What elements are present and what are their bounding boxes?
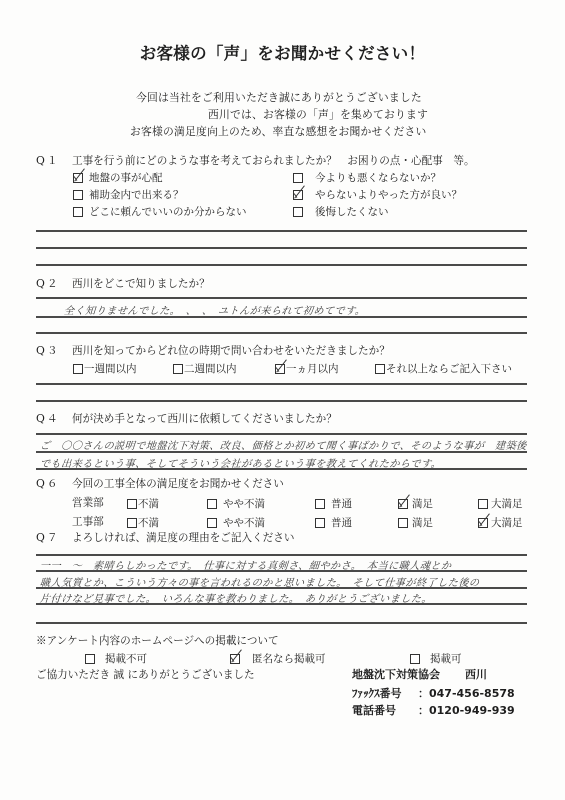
q6-sales-satisfied[interactable]: 満足 xyxy=(398,496,433,511)
contact-name: 西川 xyxy=(465,666,487,682)
q6-sales-dissatisfied[interactable]: 不満 xyxy=(127,496,159,511)
q3-option-one-month[interactable]: 一ヵ月以内 xyxy=(275,361,339,376)
answer-line xyxy=(36,603,527,605)
option-label: やらないよりやった方が良い？ xyxy=(315,187,462,202)
answer-line xyxy=(36,554,527,556)
q6-construction-neutral[interactable]: 普通 xyxy=(315,515,352,530)
q6-row-construction-dept: 工事部 xyxy=(72,514,104,529)
page-title: お客様の「声」をお聞かせください！ xyxy=(0,40,565,64)
checkbox[interactable] xyxy=(398,518,408,528)
checkbox[interactable] xyxy=(293,173,303,183)
fax-number: ：047-456-8578 xyxy=(418,685,515,701)
option-label: 大満足 xyxy=(491,515,523,530)
q1-option-subsidy[interactable]: 補助金内で出来る？ xyxy=(73,187,184,202)
answer-line xyxy=(36,622,527,624)
q3-label: Q３ xyxy=(36,343,60,358)
q1-option-better-to-do[interactable]: やらないよりやった方が良い？ xyxy=(293,187,462,202)
q6-construction-dissatisfied[interactable]: 不満 xyxy=(127,515,159,530)
publication-option-anonymous[interactable]: 匿名なら掲載可 xyxy=(230,651,326,666)
answer-line xyxy=(36,587,527,589)
q3-option-one-week[interactable]: 一週間以内 xyxy=(73,361,137,376)
option-label: 匿名なら掲載可 xyxy=(252,651,326,666)
option-label: 不満 xyxy=(138,496,159,511)
q6-construction-somewhat-dissatisfied[interactable]: やや不満 xyxy=(207,515,265,530)
option-label: やや不満 xyxy=(223,515,265,530)
q7-question: よろしければ、満足度の理由をご記入ください xyxy=(72,530,294,545)
tel-number: ：0120-949-939 xyxy=(418,702,515,718)
option-label: 二週間以内 xyxy=(184,361,237,376)
q4-handwritten-answer-line-1[interactable]: ご 〇〇さんの説明で地盤沈下対策、改良、価格とか初めて聞く事ばかりで、そのような… xyxy=(39,437,527,452)
intro-line-3: お客様の満足度向上のため、率直な感想をお聞かせください xyxy=(130,124,426,139)
checkbox[interactable] xyxy=(315,518,325,528)
q4-label: Q４ xyxy=(36,411,60,426)
answer-line xyxy=(36,247,527,249)
q6-row-sales-dept: 営業部 xyxy=(72,495,104,510)
q1-question: 工事を行う前にどのような事を考えておられましたか？ お困りの点・心配事 等。 xyxy=(72,153,475,168)
q4-question: 何が決め手となって西川に依頼してくださいましたか？ xyxy=(72,411,337,426)
option-label: 今よりも悪くならないか？ xyxy=(315,170,441,185)
checkbox[interactable] xyxy=(73,190,83,200)
q1-option-no-regret[interactable]: 後悔したくない xyxy=(293,204,389,219)
q1-label: Q１ xyxy=(36,153,60,168)
answer-line xyxy=(36,400,527,402)
q1-option-ground-worry[interactable]: 地盤の事が心配 xyxy=(73,170,163,185)
company-name: 地盤沈下対策協会 xyxy=(352,666,440,682)
answer-line xyxy=(36,383,527,385)
checkbox[interactable] xyxy=(85,654,95,664)
answer-line xyxy=(36,297,527,299)
checkbox[interactable] xyxy=(375,364,385,374)
option-label: それ以上ならご記入下さい xyxy=(386,361,512,376)
checkbox[interactable] xyxy=(73,207,83,217)
checkbox[interactable] xyxy=(275,364,285,374)
checkbox[interactable] xyxy=(410,654,420,664)
checkbox[interactable] xyxy=(127,518,137,528)
checkbox[interactable] xyxy=(207,499,217,509)
option-label: 後悔したくない xyxy=(315,204,389,219)
option-label: 普通 xyxy=(331,496,352,511)
answer-line xyxy=(36,570,527,572)
checkbox[interactable] xyxy=(173,364,183,374)
checkbox[interactable] xyxy=(293,207,303,217)
checkbox[interactable] xyxy=(478,518,488,528)
tel-label: 電話番号 xyxy=(352,702,396,718)
checkbox[interactable] xyxy=(73,173,83,183)
checkbox[interactable] xyxy=(230,654,240,664)
option-label: 満足 xyxy=(412,496,433,511)
q3-question: 西川を知ってからどれ位の時期で問い合わせをいただきましたか？ xyxy=(72,343,390,358)
q6-construction-very-satisfied[interactable]: 大満足 xyxy=(478,515,523,530)
answer-line xyxy=(36,468,527,470)
answer-line xyxy=(36,230,527,232)
q1-option-who-to-ask[interactable]: どこに頼んでいいのか分からない xyxy=(73,204,247,219)
thanks-message: ご協力いただき 誠 にありがとうございました xyxy=(36,667,255,682)
option-label: 一ヵ月以内 xyxy=(286,361,339,376)
q2-question: 西川をどこで知りましたか？ xyxy=(72,276,210,291)
publication-notice: ※アンケート内容のホームページへの掲載について xyxy=(36,633,279,648)
option-label: やや不満 xyxy=(223,496,265,511)
q6-label: Q６ xyxy=(36,476,60,491)
q6-sales-very-satisfied[interactable]: 大満足 xyxy=(478,496,523,511)
answer-line xyxy=(36,264,527,266)
option-label: 補助金内で出来る？ xyxy=(89,187,184,202)
q6-question: 今回の工事全体の満足度をお聞かせください xyxy=(72,476,284,491)
option-label: 掲載可 xyxy=(430,651,462,666)
answer-line xyxy=(36,451,527,453)
q3-option-longer[interactable]: それ以上ならご記入下さい xyxy=(375,361,512,376)
option-label: 大満足 xyxy=(491,496,523,511)
checkbox[interactable] xyxy=(73,364,83,374)
option-label: 一週間以内 xyxy=(84,361,137,376)
q3-option-two-weeks[interactable]: 二週間以内 xyxy=(173,361,237,376)
option-label: 普通 xyxy=(331,515,352,530)
checkbox[interactable] xyxy=(478,499,488,509)
q2-handwritten-answer[interactable]: 全く知りませんでした。 、 、 ユトんが来られて初めてです。 xyxy=(63,302,366,317)
q7-label: Q７ xyxy=(36,530,60,545)
intro-line-2: 西川では、お客様の「声」を集めております xyxy=(208,107,428,122)
answer-line xyxy=(36,332,527,334)
q6-sales-neutral[interactable]: 普通 xyxy=(315,496,352,511)
option-label: 掲載不可 xyxy=(105,651,147,666)
checkbox[interactable] xyxy=(207,518,217,528)
answer-line xyxy=(36,433,527,435)
option-label: どこに頼んでいいのか分からない xyxy=(89,204,247,219)
q2-label: Q２ xyxy=(36,276,60,291)
checkbox[interactable] xyxy=(315,499,325,509)
fax-label: ﾌｧｯｸｽ番号 xyxy=(352,685,402,701)
intro-line-1: 今回は当社をご利用いただき誠にありがとうございました xyxy=(136,90,422,105)
checkbox[interactable] xyxy=(293,190,303,200)
option-label: 不満 xyxy=(138,515,159,530)
q6-construction-satisfied[interactable]: 満足 xyxy=(398,515,433,530)
option-label: 地盤の事が心配 xyxy=(89,170,163,185)
publication-option-not-allowed[interactable]: 掲載不可 xyxy=(85,651,147,666)
q1-option-not-worse[interactable]: 今よりも悪くならないか？ xyxy=(293,170,441,185)
checkbox[interactable] xyxy=(398,499,408,509)
answer-line xyxy=(36,316,527,318)
publication-option-allowed[interactable]: 掲載可 xyxy=(410,651,462,666)
option-label: 満足 xyxy=(412,515,433,530)
checkbox[interactable] xyxy=(127,499,137,509)
q6-sales-somewhat-dissatisfied[interactable]: やや不満 xyxy=(207,496,265,511)
